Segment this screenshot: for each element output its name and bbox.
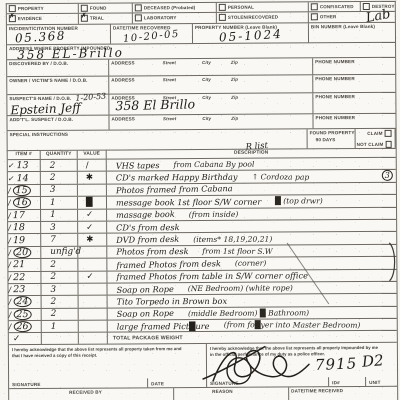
street-label: Street	[163, 60, 176, 66]
ninety-days-label: 90 DAYS	[308, 136, 355, 143]
date-recovered-value: 10-20-05	[123, 29, 181, 45]
item-location-note: from Cabana By pool	[173, 160, 254, 169]
handwritten-r-list-note: R list	[245, 141, 268, 153]
item-quantity: 2	[50, 161, 56, 171]
row-tally-mark: ∕	[8, 236, 12, 245]
checkbox	[219, 3, 226, 10]
item-number: 24	[13, 297, 31, 308]
discovered-by-label: DISCOVERED BY / D.O.B.	[7, 60, 108, 67]
zip-label: Zip	[231, 60, 238, 66]
additional-suspect-label: ADD'T'L. SUSPECT / D.O.B.	[7, 116, 108, 123]
item-quantity: unfig'd	[50, 247, 81, 257]
row-tally-mark: ∕	[8, 310, 12, 319]
claim-checkbox	[385, 130, 392, 137]
item-number: 22	[13, 272, 25, 283]
checkbox	[363, 2, 370, 9]
item-description: Tito Torpedo in Brown box	[117, 296, 228, 307]
form-type-checkbox-cell: FOUND	[79, 3, 133, 12]
item-location-note: (corner)	[235, 259, 266, 268]
form-type-checkbox-cell: STOLEN/RECOVERED	[217, 12, 309, 23]
checkbox-mark: ✗	[81, 12, 87, 20]
row-tally-mark: ✓	[7, 161, 15, 171]
item-description: Photos from desk	[116, 247, 188, 257]
checkbox-label: PERSONAL	[228, 4, 254, 10]
divider	[365, 377, 366, 386]
checkbox	[311, 3, 318, 10]
property-receipt-form: PROPERTY FOUND DECEASED (Probated) PERSO…	[6, 1, 398, 400]
item-location-note: (items* 18,19,20,21)	[193, 234, 272, 243]
date-recovered-label: DATE/TIME RECOVERED	[111, 24, 192, 31]
item-number: 13	[16, 160, 28, 171]
officer-acknowledgement-box: I hereby acknowledge that the above list…	[207, 343, 397, 387]
checkbox: ✗	[81, 15, 88, 22]
item-quantity: 3	[50, 223, 56, 233]
form-type-checkbox-cell: PERSONAL	[217, 2, 309, 12]
item-quantity: 1	[50, 210, 56, 220]
reason-label: REASON	[210, 388, 288, 395]
row-tally-mark: ∕	[8, 223, 12, 232]
item-location-note: (from fo█yer into Master Bedroom)	[223, 320, 360, 330]
item-number: 26	[13, 321, 31, 332]
form-type-checkbox-cell: CONFISCATED	[309, 2, 361, 11]
item-number: 14	[17, 173, 29, 184]
item-location-note: (NE Bedroom) (white rope)	[188, 284, 293, 294]
checkbox-label: OTHER	[320, 14, 337, 19]
item-quantity: 2	[51, 297, 57, 307]
items-table-body: ✓13 2 ∕ VHS tapesfrom Cabana By pool ✓14…	[8, 158, 397, 334]
officer-unit-value: D2	[361, 352, 384, 372]
item-number: 19	[13, 235, 25, 246]
item-description: massage book	[116, 209, 175, 220]
not-claim-label: NOT CLAIM	[357, 142, 384, 148]
checkbox-label: DECEASED (Probated)	[144, 5, 196, 11]
row-tally-mark: ∕	[7, 211, 11, 220]
item-location-note: (from inside)	[189, 210, 239, 219]
divider	[147, 379, 148, 388]
item-number: 25	[13, 309, 31, 320]
item-number: 21	[13, 259, 25, 270]
city-label: City	[202, 60, 211, 66]
value-header: VALUE	[83, 152, 100, 158]
item-quantity: 7	[50, 235, 56, 245]
total-row-checkmark: ✓	[13, 334, 21, 344]
property-number-value: 05-1024	[219, 27, 284, 45]
item-value-mark: ✱	[86, 173, 93, 183]
form-type-checkbox-cell: ✗ EVIDENCE	[7, 14, 79, 24]
item-number: 23	[13, 284, 25, 295]
item-quantity: 2	[50, 173, 56, 183]
bin-number-label: BIN NUMBER (Leave Blank)	[309, 23, 395, 30]
received-by-label: RECEIVED BY	[67, 389, 173, 396]
officer-id-value: 7915	[315, 355, 358, 375]
checkbox-label: FOUND	[90, 5, 107, 10]
item-description: DVD from desk	[116, 234, 179, 245]
item-description: VHS tapes	[116, 160, 160, 171]
not-claim-checkbox	[386, 141, 392, 148]
owner-acknowledgement-text: I hereby acknowledge that the above list…	[9, 345, 185, 360]
checkbox: ✗	[9, 15, 16, 22]
found-property-label: FOUND PROPERTY	[308, 129, 355, 136]
form-type-checkbox-cell: PROPERTY	[7, 4, 79, 13]
date-recovered-field: DATE/TIME RECOVERED 10-20-05	[111, 24, 193, 44]
item-number-header: ITEM #	[16, 152, 32, 158]
item-number: 15	[13, 185, 31, 196]
address-impounded-field: ADDRESS WHERE PROPERTY IMPOUNDED 358 EL-…	[7, 43, 395, 59]
row-tally-mark: ∕	[8, 273, 12, 282]
item-number: 18	[13, 222, 25, 233]
item-description: CD's marked Happy Birthday	[116, 172, 238, 183]
form-type-checkbox-cell: ✗ TRIAL	[79, 13, 133, 23]
item-number: 20	[13, 247, 31, 258]
item-value-mark: ✓	[86, 222, 93, 232]
suspect-row: SUSPECT'S NAME / D.O.B. 1-20-53 Epstein …	[7, 93, 395, 116]
special-instructions-label: SPECIAL INSTRUCTIONS	[8, 129, 307, 137]
received-by-row: RECEIVED BY REASON DATE/TIME RECEIVED	[9, 387, 397, 400]
checkbox	[81, 4, 88, 11]
row-tally-mark: ∕	[8, 322, 12, 331]
row-tally-mark: ∕	[8, 285, 12, 294]
checkbox-mark: ✗	[9, 12, 15, 20]
unit-label: UNIT	[369, 380, 381, 385]
item-value-mark: ✓	[86, 210, 93, 220]
item-quantity: 3	[50, 284, 56, 294]
checkbox-label: STOLEN/RECOVERED	[228, 15, 278, 21]
checkbox-label: LABORATORY	[144, 15, 177, 21]
claim-field: CLAIM NOT CLAIM	[356, 129, 396, 148]
item-description: large framed Pict█ure	[117, 321, 210, 332]
item-value-mark: ✱	[86, 235, 93, 245]
property-number-field: PROPERTY NUMBER (Leave Blank) 05-1024	[193, 23, 309, 43]
quantity-header: QUANTITY	[46, 152, 72, 158]
suspect-address-value: 358 El Brillo	[115, 96, 195, 113]
row-tally-mark: ∕	[7, 198, 11, 207]
address-label: ADDRESS	[111, 60, 135, 66]
form-type-checkbox-cell: LABORATORY	[133, 13, 217, 24]
bin-number-field: BIN NUMBER (Leave Blank)	[309, 23, 395, 43]
item-value-mark: █	[86, 198, 93, 208]
row-tally-mark: ∕	[8, 260, 12, 269]
owner-acknowledgement-box: I hereby acknowledge that the above list…	[9, 344, 207, 388]
item-table-row: ∕26 1 large framed Pict█ure(from fo█yer …	[9, 319, 397, 334]
item-description: message book 1st floor S/W corner	[116, 196, 261, 207]
item-description: Soap on Rope	[117, 308, 174, 319]
item-value-mark: ∕	[86, 160, 89, 170]
item-margin-annotation: 3	[382, 170, 393, 181]
item-value-mark: ✓	[86, 272, 93, 282]
item-quantity: 1	[51, 322, 57, 332]
item-number: 16	[13, 197, 31, 208]
checkbox	[219, 14, 226, 21]
item-quantity: 2	[50, 272, 56, 282]
item-location-note: (middle Bedroom) █ Bathroom)	[188, 308, 309, 318]
item-location-note: from 1st floor S.W	[203, 247, 273, 256]
scanned-paper: PROPERTY FOUND DECEASED (Probated) PERSO…	[0, 0, 400, 400]
item-location-note: █ (top drwr)	[275, 197, 323, 206]
item-description: CD's from desk	[116, 222, 179, 232]
date-label: DATE	[151, 382, 164, 387]
checkbox-label: PROPERTY	[18, 6, 44, 12]
datetime-received-label: DATE/TIME RECEIVED	[289, 387, 397, 394]
incident-number-field: INCIDENT/CITATION NUMBER 05.368	[7, 25, 111, 45]
item-number: 17	[13, 210, 25, 221]
checkbox-label: EVIDENCE	[18, 16, 42, 22]
owner-victim-row: OWNER / VICTIM'S NAME / D.O.B. ADDRESSSt…	[7, 75, 395, 95]
owner-victim-label: OWNER / VICTIM'S NAME / D.O.B.	[7, 77, 108, 84]
claim-label: CLAIM	[367, 131, 382, 137]
phone-label: PHONE NUMBER	[313, 58, 395, 65]
case-numbers-row: INCIDENT/CITATION NUMBER 05.368 DATE/TIM…	[7, 23, 395, 45]
item-quantity: 3	[50, 185, 56, 195]
incident-number-value: 05.368	[15, 29, 67, 46]
row-tally-mark: ✓	[7, 173, 15, 183]
row-tally-mark: ∕	[7, 186, 11, 195]
form-type-checkbox-cell: DECEASED (Probated)	[133, 3, 217, 13]
row-tally-mark: ∕	[8, 248, 12, 257]
found-property-field: FOUND PROPERTY 90 DAYS	[308, 129, 356, 148]
acknowledgement-section: I hereby acknowledge that the above list…	[9, 343, 397, 389]
checkbox-label: TRIAL	[90, 16, 104, 21]
checkbox-label: CONFISCATED	[320, 4, 354, 10]
item-description: Soap on Rope	[116, 283, 173, 294]
item-quantity: 2	[51, 309, 57, 319]
special-instructions-row: SPECIAL INSTRUCTIONS FOUND PROPERTY 90 D…	[8, 129, 396, 151]
item-description: framed Photos from table in S/W corner o…	[116, 271, 308, 282]
row-tally-mark: ∕	[8, 298, 12, 307]
signature-label: SIGNATURE	[12, 382, 41, 387]
checkbox	[135, 14, 142, 21]
total-package-weight-label: TOTAL PACKAGE WEIGHT	[113, 335, 183, 341]
item-description: framed Photos from desk	[116, 258, 221, 270]
checkbox	[9, 5, 16, 12]
checkbox	[311, 13, 318, 20]
item-location-note: ↑ Cordoza pap	[252, 172, 309, 181]
item-quantity: 1	[50, 198, 56, 208]
item-description: Photos framed from Cabana	[116, 184, 233, 196]
checkbox	[135, 4, 142, 11]
item-quantity: 2	[50, 260, 56, 270]
grouping-brace	[387, 242, 397, 282]
